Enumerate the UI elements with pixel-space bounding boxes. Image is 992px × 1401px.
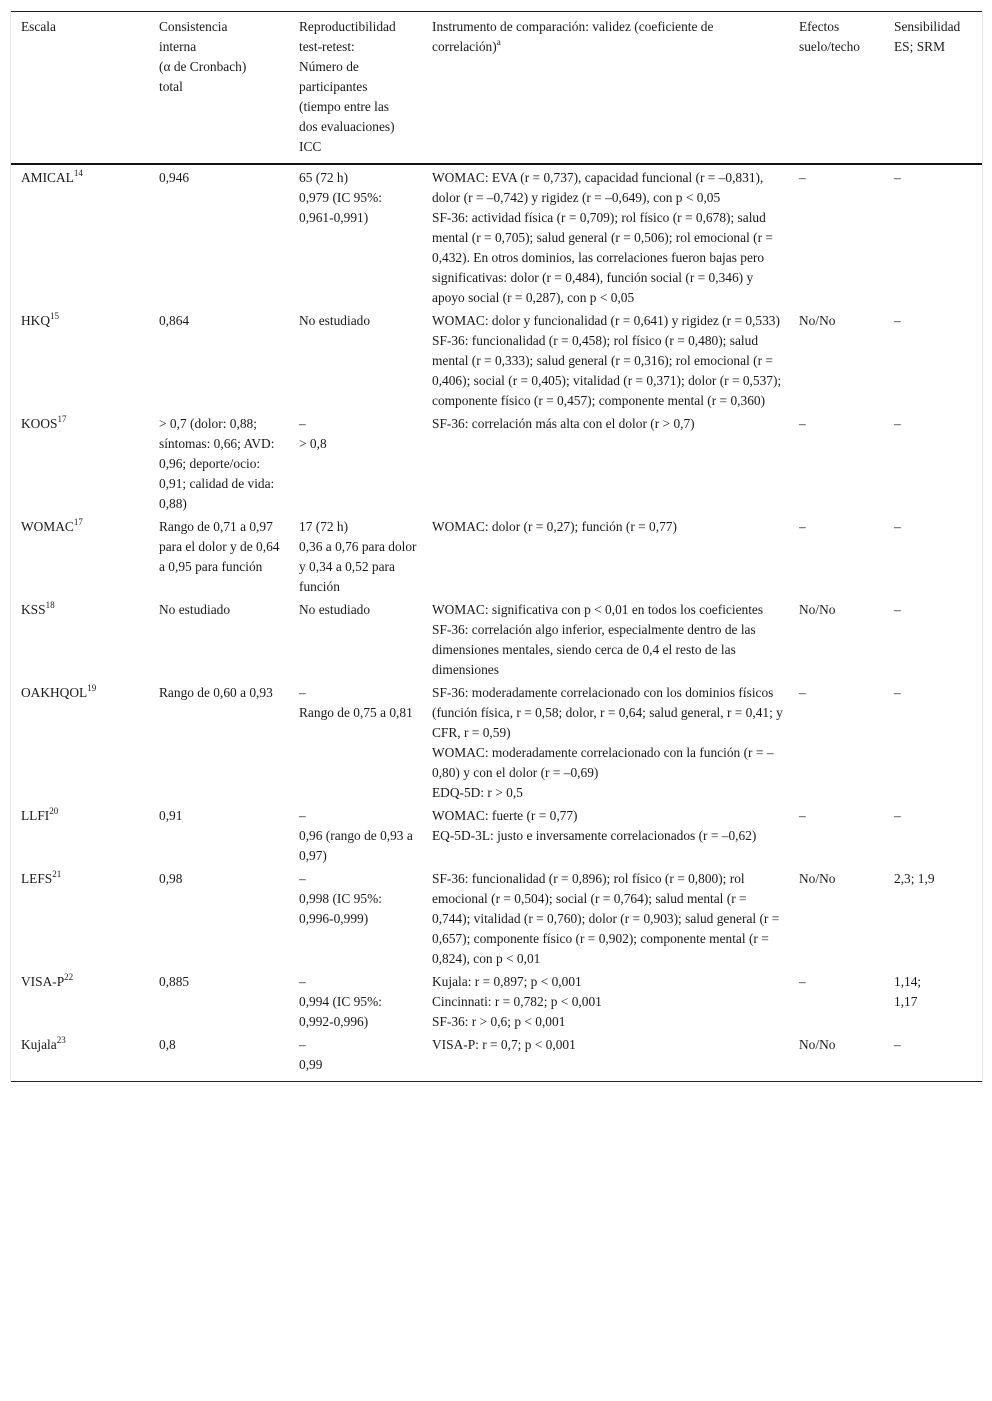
cell-scale: KOOS17 xyxy=(11,411,149,514)
validity-entry: SF-36: correlación más alta con el dolor… xyxy=(432,414,785,434)
test-retest-value: – xyxy=(299,972,418,992)
test-retest-value: – xyxy=(299,806,418,826)
scale-name: WOMAC xyxy=(21,519,74,534)
test-retest-value: 17 (72 h) xyxy=(299,517,418,537)
reference-number: 17 xyxy=(57,414,66,424)
cell-floor-ceiling: No/No xyxy=(789,1032,884,1082)
header-line: Escala xyxy=(21,17,145,37)
test-retest-value: 0,99 xyxy=(299,1055,418,1075)
cell-internal-consistency: 0,91 xyxy=(149,803,289,866)
header-line: Efectos xyxy=(799,17,880,37)
validity-entry: SF-36: actividad física (r = 0,709); rol… xyxy=(432,208,785,308)
validity-entry: SF-36: correlación algo inferior, especi… xyxy=(432,620,785,680)
validity-entry: SF-36: funcionalidad (r = 0,896); rol fí… xyxy=(432,869,785,969)
internal-consistency-value: No estudiado xyxy=(159,600,285,620)
scale-name: AMICAL xyxy=(21,170,74,185)
header-line: (α de Cronbach) xyxy=(159,57,285,77)
internal-consistency-value: 0,885 xyxy=(159,972,285,992)
validity-entry: WOMAC: EVA (r = 0,737), capacidad funcio… xyxy=(432,168,785,208)
cell-floor-ceiling: No/No xyxy=(789,308,884,411)
sensitivity-value: – xyxy=(894,168,978,188)
sensitivity-value: – xyxy=(894,600,978,620)
header-row: Escala Consistenciainterna(α de Cronbach… xyxy=(11,12,982,165)
cell-internal-consistency: Rango de 0,60 a 0,93 xyxy=(149,680,289,803)
cell-scale: KSS18 xyxy=(11,597,149,680)
cell-sensitivity: – xyxy=(884,411,982,514)
table-header: Escala Consistenciainterna(α de Cronbach… xyxy=(11,12,982,165)
cell-internal-consistency: > 0,7 (dolor: 0,88; síntomas: 0,66; AVD:… xyxy=(149,411,289,514)
table-body: AMICAL140,94665 (72 h)0,979 (IC 95%: 0,9… xyxy=(11,164,982,1082)
reference-number: 22 xyxy=(64,972,73,982)
validity-entry: WOMAC: significativa con p < 0,01 en tod… xyxy=(432,600,785,620)
cell-scale: OAKHQOL19 xyxy=(11,680,149,803)
reference-number: 18 xyxy=(46,600,55,610)
validity-entry: VISA-P: r = 0,7; p < 0,001 xyxy=(432,1035,785,1055)
sensitivity-value: – xyxy=(894,806,978,826)
cell-sensitivity: 1,14;1,17 xyxy=(884,969,982,1032)
reference-number: 15 xyxy=(50,311,59,321)
cell-floor-ceiling: – xyxy=(789,514,884,597)
header-line: Reproductibilidad xyxy=(299,17,418,37)
validity-entry: SF-36: funcionalidad (r = 0,458); rol fí… xyxy=(432,331,785,411)
cell-validity: WOMAC: EVA (r = 0,737), capacidad funcio… xyxy=(422,164,789,308)
cell-test-retest: –> 0,8 xyxy=(289,411,422,514)
internal-consistency-value: 0,946 xyxy=(159,168,285,188)
cell-validity: WOMAC: dolor y funcionalidad (r = 0,641)… xyxy=(422,308,789,411)
header-validity: Instrumento de comparación: validez (coe… xyxy=(422,12,789,165)
cell-test-retest: No estudiado xyxy=(289,308,422,411)
scales-table-container: Escala Consistenciainterna(α de Cronbach… xyxy=(10,11,983,1082)
cell-internal-consistency: No estudiado xyxy=(149,597,289,680)
table-row: LLFI200,91–0,96 (rango de 0,93 a 0,97)WO… xyxy=(11,803,982,866)
cell-scale: Kujala23 xyxy=(11,1032,149,1082)
cell-validity: Kujala: r = 0,897; p < 0,001Cincinnati: … xyxy=(422,969,789,1032)
cell-test-retest: No estudiado xyxy=(289,597,422,680)
table-row: WOMAC17Rango de 0,71 a 0,97 para el dolo… xyxy=(11,514,982,597)
table-row: KOOS17> 0,7 (dolor: 0,88; síntomas: 0,66… xyxy=(11,411,982,514)
sensitivity-value: – xyxy=(894,1035,978,1055)
header-floor-ceiling: Efectossuelo/techo xyxy=(789,12,884,165)
header-sensitivity: SensibilidadES; SRM xyxy=(884,12,982,165)
header-line: suelo/techo xyxy=(799,37,880,57)
cell-test-retest: –0,99 xyxy=(289,1032,422,1082)
header-line: test-retest: xyxy=(299,37,418,57)
sensitivity-value: 1,17 xyxy=(894,992,978,1012)
header-line: participantes xyxy=(299,77,418,97)
cell-scale: HKQ15 xyxy=(11,308,149,411)
scale-name: KOOS xyxy=(21,416,57,431)
test-retest-value: > 0,8 xyxy=(299,434,418,454)
test-retest-value: 0,979 (IC 95%: 0,961-0,991) xyxy=(299,188,418,228)
header-line: (tiempo entre las xyxy=(299,97,418,117)
reference-number: 17 xyxy=(74,517,83,527)
header-line: Sensibilidad xyxy=(894,17,978,37)
cell-floor-ceiling: – xyxy=(789,803,884,866)
validity-entry: Kujala: r = 0,897; p < 0,001 xyxy=(432,972,785,992)
cell-test-retest: –Rango de 0,75 a 0,81 xyxy=(289,680,422,803)
footnote-marker: a xyxy=(497,37,501,47)
cell-internal-consistency: 0,885 xyxy=(149,969,289,1032)
internal-consistency-value: 0,8 xyxy=(159,1035,285,1055)
cell-test-retest: –0,96 (rango de 0,93 a 0,97) xyxy=(289,803,422,866)
scale-name: OAKHQOL xyxy=(21,685,87,700)
test-retest-value: – xyxy=(299,414,418,434)
cell-sensitivity: 2,3; 1,9 xyxy=(884,866,982,969)
validity-entry: WOMAC: moderadamente correlacionado con … xyxy=(432,743,785,783)
cell-floor-ceiling: – xyxy=(789,969,884,1032)
test-retest-value: No estudiado xyxy=(299,600,418,620)
cell-test-retest: 17 (72 h)0,36 a 0,76 para dolor y 0,34 a… xyxy=(289,514,422,597)
internal-consistency-value: Rango de 0,71 a 0,97 para el dolor y de … xyxy=(159,517,285,577)
reference-number: 21 xyxy=(52,869,61,879)
header-line: total xyxy=(159,77,285,97)
cell-internal-consistency: 0,946 xyxy=(149,164,289,308)
cell-internal-consistency: 0,98 xyxy=(149,866,289,969)
header-test-retest: Reproductibilidadtest-retest:Número depa… xyxy=(289,12,422,165)
cell-sensitivity: – xyxy=(884,514,982,597)
table-row: HKQ150,864No estudiadoWOMAC: dolor y fun… xyxy=(11,308,982,411)
cell-sensitivity: – xyxy=(884,1032,982,1082)
validity-entry: WOMAC: dolor (r = 0,27); función (r = 0,… xyxy=(432,517,785,537)
cell-validity: SF-36: moderadamente correlacionado con … xyxy=(422,680,789,803)
test-retest-value: 0,994 (IC 95%: 0,992-0,996) xyxy=(299,992,418,1032)
validity-entry: Cincinnati: r = 0,782; p < 0,001 xyxy=(432,992,785,1012)
cell-sensitivity: – xyxy=(884,164,982,308)
cell-floor-ceiling: No/No xyxy=(789,866,884,969)
header-internal-consistency: Consistenciainterna(α de Cronbach)total xyxy=(149,12,289,165)
cell-validity: SF-36: funcionalidad (r = 0,896); rol fí… xyxy=(422,866,789,969)
scale-name: Kujala xyxy=(21,1037,57,1052)
validity-entry: WOMAC: dolor y funcionalidad (r = 0,641)… xyxy=(432,311,785,331)
sensitivity-value: 1,14; xyxy=(894,972,978,992)
test-retest-value: 0,96 (rango de 0,93 a 0,97) xyxy=(299,826,418,866)
test-retest-value: 0,36 a 0,76 para dolor y 0,34 a 0,52 par… xyxy=(299,537,418,597)
scales-comparison-table: Escala Consistenciainterna(α de Cronbach… xyxy=(11,11,982,1082)
reference-number: 20 xyxy=(49,806,58,816)
scale-name: HKQ xyxy=(21,313,50,328)
table-row: OAKHQOL19Rango de 0,60 a 0,93–Rango de 0… xyxy=(11,680,982,803)
header-line: ES; SRM xyxy=(894,37,978,57)
table-row: VISA-P220,885–0,994 (IC 95%: 0,992-0,996… xyxy=(11,969,982,1032)
internal-consistency-value: 0,98 xyxy=(159,869,285,889)
scale-name: LEFS xyxy=(21,871,52,886)
sensitivity-value: – xyxy=(894,311,978,331)
cell-sensitivity: – xyxy=(884,803,982,866)
cell-validity: WOMAC: significativa con p < 0,01 en tod… xyxy=(422,597,789,680)
test-retest-value: – xyxy=(299,869,418,889)
cell-scale: LLFI20 xyxy=(11,803,149,866)
cell-sensitivity: – xyxy=(884,680,982,803)
header-validity-text: Instrumento de comparación: validez (coe… xyxy=(432,19,713,54)
table-row: KSS18No estudiadoNo estudiadoWOMAC: sign… xyxy=(11,597,982,680)
test-retest-value: 0,998 (IC 95%: 0,996-0,999) xyxy=(299,889,418,929)
test-retest-value: – xyxy=(299,1035,418,1055)
header-line: Consistencia xyxy=(159,17,285,37)
header-line: ICC xyxy=(299,137,418,157)
internal-consistency-value: 0,91 xyxy=(159,806,285,826)
cell-validity: WOMAC: dolor (r = 0,27); función (r = 0,… xyxy=(422,514,789,597)
cell-validity: WOMAC: fuerte (r = 0,77)EQ-5D-3L: justo … xyxy=(422,803,789,866)
cell-internal-consistency: 0,8 xyxy=(149,1032,289,1082)
sensitivity-value: – xyxy=(894,517,978,537)
scale-name: KSS xyxy=(21,602,46,617)
table-row: Kujala230,8–0,99VISA-P: r = 0,7; p < 0,0… xyxy=(11,1032,982,1082)
reference-number: 23 xyxy=(57,1035,66,1045)
validity-entry: EQ-5D-3L: justo e inversamente correlaci… xyxy=(432,826,785,846)
cell-floor-ceiling: – xyxy=(789,164,884,308)
cell-sensitivity: – xyxy=(884,308,982,411)
test-retest-value: No estudiado xyxy=(299,311,418,331)
test-retest-value: – xyxy=(299,683,418,703)
sensitivity-value: – xyxy=(894,414,978,434)
header-line: Número de xyxy=(299,57,418,77)
cell-sensitivity: – xyxy=(884,597,982,680)
cell-scale: WOMAC17 xyxy=(11,514,149,597)
cell-test-retest: –0,994 (IC 95%: 0,992-0,996) xyxy=(289,969,422,1032)
validity-entry: SF-36: moderadamente correlacionado con … xyxy=(432,683,785,743)
scale-name: LLFI xyxy=(21,808,49,823)
cell-floor-ceiling: No/No xyxy=(789,597,884,680)
cell-internal-consistency: Rango de 0,71 a 0,97 para el dolor y de … xyxy=(149,514,289,597)
cell-validity: SF-36: correlación más alta con el dolor… xyxy=(422,411,789,514)
cell-scale: VISA-P22 xyxy=(11,969,149,1032)
cell-test-retest: 65 (72 h)0,979 (IC 95%: 0,961-0,991) xyxy=(289,164,422,308)
cell-internal-consistency: 0,864 xyxy=(149,308,289,411)
validity-entry: WOMAC: fuerte (r = 0,77) xyxy=(432,806,785,826)
reference-number: 14 xyxy=(74,168,83,178)
internal-consistency-value: > 0,7 (dolor: 0,88; síntomas: 0,66; AVD:… xyxy=(159,414,285,514)
internal-consistency-value: Rango de 0,60 a 0,93 xyxy=(159,683,285,703)
header-line: dos evaluaciones) xyxy=(299,117,418,137)
cell-floor-ceiling: – xyxy=(789,411,884,514)
cell-scale: AMICAL14 xyxy=(11,164,149,308)
internal-consistency-value: 0,864 xyxy=(159,311,285,331)
cell-validity: VISA-P: r = 0,7; p < 0,001 xyxy=(422,1032,789,1082)
reference-number: 19 xyxy=(87,683,96,693)
sensitivity-value: – xyxy=(894,683,978,703)
cell-test-retest: –0,998 (IC 95%: 0,996-0,999) xyxy=(289,866,422,969)
header-scale: Escala xyxy=(11,12,149,165)
table-row: LEFS210,98–0,998 (IC 95%: 0,996-0,999)SF… xyxy=(11,866,982,969)
test-retest-value: 65 (72 h) xyxy=(299,168,418,188)
sensitivity-value: 2,3; 1,9 xyxy=(894,869,978,889)
validity-entry: SF-36: r > 0,6; p < 0,001 xyxy=(432,1012,785,1032)
table-row: AMICAL140,94665 (72 h)0,979 (IC 95%: 0,9… xyxy=(11,164,982,308)
cell-floor-ceiling: – xyxy=(789,680,884,803)
scale-name: VISA-P xyxy=(21,974,64,989)
header-line: interna xyxy=(159,37,285,57)
cell-scale: LEFS21 xyxy=(11,866,149,969)
test-retest-value: Rango de 0,75 a 0,81 xyxy=(299,703,418,723)
validity-entry: EDQ-5D: r > 0,5 xyxy=(432,783,785,803)
